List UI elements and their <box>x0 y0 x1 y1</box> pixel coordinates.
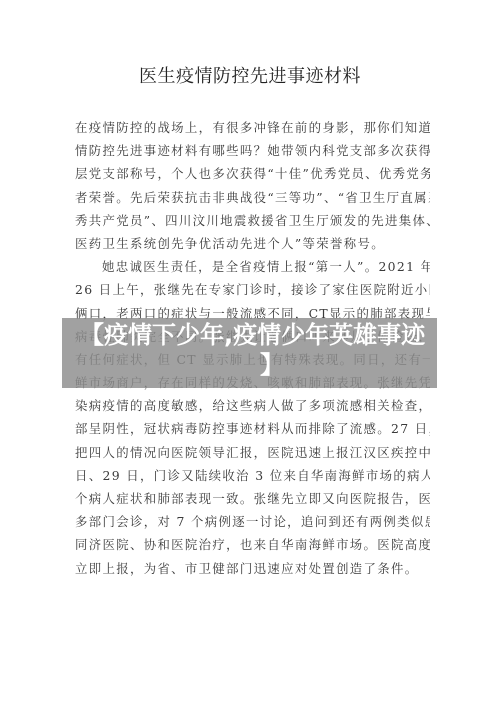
text-line: 部呈阴性，冠状病毒防控事迹材料从而排除了流感。27 日，她及时 <box>75 417 430 440</box>
text-line: 情防控先进事迹材料有哪些吗？她带领内科党支部多次获得优秀基 <box>75 139 430 162</box>
text-line: 个病人症状和肺部表现一致。张继先立即又向医院报告，医院召开 <box>75 487 430 510</box>
text-line: 同济医院、协和医院治疗，也来自华南海鲜市场。医院高度重视， <box>75 533 430 556</box>
text-line: 者荣誉。先后荣获抗击非典战役“三等功”、“省卫生厅直属系统优 <box>75 186 430 209</box>
headline-line-2: 】 <box>80 350 450 380</box>
text-line: 26 日上午，张继先在专家门诊时，接诊了家住医院附近小区的一老 <box>75 278 430 301</box>
text-line: 多部门会诊，对 7 个病例逐一讨论，追问到还有两例类似患者，到 <box>75 510 430 533</box>
text-line: 染病疫情的高度敏感，给这些病人做了多项流感相关检查，结果全 <box>75 394 430 417</box>
text-line: 把四人的情况向医院领导汇报，医院迅速上报江汉区疾控中心。28 <box>75 441 430 464</box>
paragraph-2: 她忠诚医生责任，是全省疫情上报“第一人”。2021 年 12 月 26 日上午，… <box>75 255 430 580</box>
document-title: 医生疫情防控先进事迹材料 <box>0 62 500 88</box>
text-line: 在疫情防控的战场上，有很多冲锋在前的身影，那你们知道医生疫 <box>75 116 430 139</box>
headline-overlay-text: 【疫情下少年,疫情少年英雄事迹 】 <box>80 320 450 380</box>
paragraph-1: 在疫情防控的战场上，有很多冲锋在前的身影，那你们知道医生疫 情防控先进事迹材料有… <box>75 116 430 255</box>
text-line: 她忠诚医生责任，是全省疫情上报“第一人”。2021 年 12 月 <box>75 255 430 278</box>
headline-line-1: 【疫情下少年,疫情少年英雄事迹 <box>80 320 450 350</box>
text-line: 立即上报，为省、市卫健部门迅速应对处置创造了条件。 <box>75 557 430 580</box>
text-line: 层党支部称号，个人也多次获得“十佳”优秀党员、优秀党务工作 <box>75 162 430 185</box>
text-line: 日、29 日，门诊又陆续收治 3 位来自华南海鲜市场的病人。前后 7 <box>75 464 430 487</box>
text-line: 秀共产党员”、四川汶川地震救援省卫生厅颁发的先进集体、“全国 <box>75 209 430 232</box>
text-line: 医药卫生系统创先争优活动先进个人”等荣誉称号。 <box>75 232 430 255</box>
